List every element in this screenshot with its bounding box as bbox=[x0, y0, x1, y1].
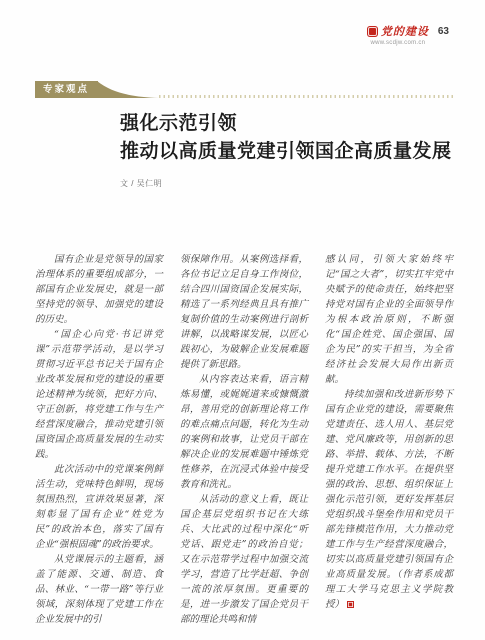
section-tag-swoosh-icon bbox=[97, 81, 159, 98]
article-column-2: 领保障作用。从案例选择看，各位书记立足自身工作岗位，结合四川国资国企发展实际，精… bbox=[180, 252, 308, 627]
dotted-rule bbox=[159, 95, 455, 98]
article-paragraph: “国企心向党·书记讲党课”示范带学活动，是以学习贯彻习近平总书记关于国有企业改革… bbox=[35, 327, 163, 462]
article-body: 国有企业是党领导的国家治理体系的重要组成部分，一部国有企业发展史，就是一部坚持党… bbox=[35, 252, 453, 627]
article-paragraph: 领保障作用。从案例选择看，各位书记立足自身工作岗位，结合四川国资国企发展实际，精… bbox=[180, 252, 308, 372]
section-tag: 专家观点 bbox=[35, 81, 98, 98]
magazine-name: 党的建设 bbox=[381, 23, 429, 39]
article-paragraph: 感认同，引领大家始终牢记“国之大者”，切实扛牢党中央赋予的使命责任，始终把坚持党… bbox=[325, 252, 453, 387]
article-paragraph: 国有企业是党领导的国家治理体系的重要组成部分，一部国有企业发展史，就是一部坚持党… bbox=[35, 252, 163, 327]
article-title-line-1: 强化示范引领 bbox=[120, 110, 455, 138]
article-byline: 文 / 吴仁明 bbox=[120, 178, 455, 189]
section-row: 专家观点 bbox=[35, 81, 455, 98]
article-paragraph: 从活动的意义上看，既让国企基层党组织书记在大练兵、大比武的过程中深化“听党话、跟… bbox=[180, 492, 308, 627]
magazine-seal-icon bbox=[367, 26, 378, 37]
article-paragraph: 此次活动中的党课案例鲜活生动，党味特色鲜明，现场氛围热烈，宣讲效果显著，深刻彰显… bbox=[35, 462, 163, 552]
magazine-url: www.scdjw.com.cn bbox=[367, 40, 429, 46]
article-paragraph: 从党课展示的主题看，涵盖了能源、交通、制造、食品、林业、“一带一路”等行业领域，… bbox=[35, 552, 163, 627]
article-column-1: 国有企业是党领导的国家治理体系的重要组成部分，一部国有企业发展史，就是一部坚持党… bbox=[35, 252, 163, 627]
page-number: 63 bbox=[438, 26, 449, 37]
article-paragraph: 从内容表达来看，语言精炼易懂，或娓娓道来或慷慨激昂，善用党的创新理论将工作的难点… bbox=[180, 372, 308, 492]
magazine-page: 党的建设 www.scdjw.com.cn 63 专家观点 强化示范引领 推动以… bbox=[0, 0, 485, 640]
article-title-line-2: 推动以高质量党建引领国企高质量发展 bbox=[120, 138, 455, 166]
article-paragraph: 持续加强和改进新形势下国有企业党的建设，需要聚焦党建责任、选人用人、基层党建、党… bbox=[325, 387, 453, 612]
article-column-3: 感认同，引领大家始终牢记“国之大者”，切实扛牢党中央赋予的使命责任，始终把坚持党… bbox=[325, 252, 453, 627]
title-block: 强化示范引领 推动以高质量党建引领国企高质量发展 文 / 吴仁明 bbox=[120, 110, 455, 189]
article-end-mark-icon bbox=[347, 601, 354, 608]
masthead: 党的建设 www.scdjw.com.cn 63 bbox=[367, 23, 449, 46]
magazine-logo: 党的建设 www.scdjw.com.cn bbox=[367, 23, 429, 46]
